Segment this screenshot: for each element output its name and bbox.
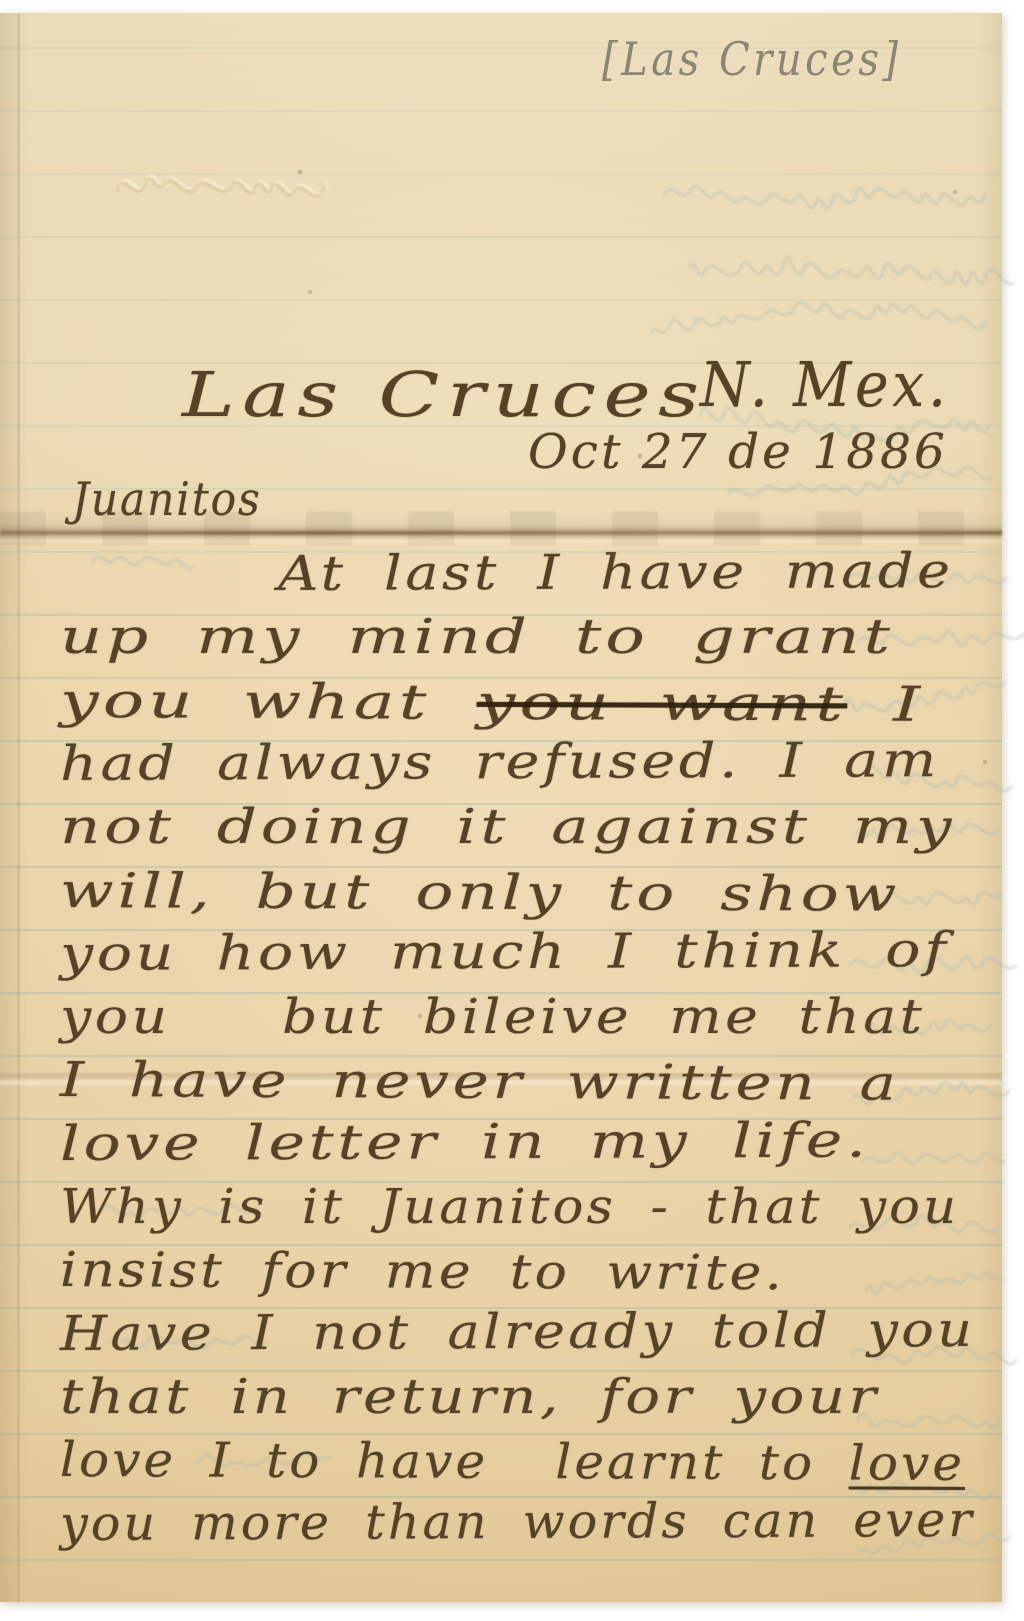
letter-line: At last I have made bbox=[278, 543, 954, 602]
handwritten-text: you more than words can ever bbox=[60, 1492, 975, 1552]
handwriting-layer: [Las Cruces] Las Cruces N. Mex. Oct 27 d… bbox=[0, 0, 1024, 1621]
heading-date: Oct 27 de 1886 bbox=[528, 424, 948, 480]
handwritten-text: had always refused. I am bbox=[60, 732, 940, 792]
letter-line: that in return, for your bbox=[60, 1369, 880, 1425]
letter-line: up my mind to grant bbox=[60, 609, 894, 665]
handwritten-text: up my mind to grant bbox=[60, 609, 894, 665]
handwritten-text: Why is it Juanitos - that you bbox=[60, 1179, 959, 1235]
handwritten-text: will, but only to show bbox=[60, 863, 900, 923]
salutation: Juanitos bbox=[72, 472, 262, 526]
handwritten-text: not doing it against my bbox=[60, 799, 955, 855]
letter-scan: [Las Cruces] Las Cruces N. Mex. Oct 27 d… bbox=[0, 0, 1024, 1621]
underlined-text: love bbox=[849, 1436, 965, 1493]
letter-line: love letter in my life. bbox=[60, 1112, 870, 1172]
handwritten-text: you how much I think of bbox=[60, 922, 950, 982]
letter-line: love I to have learnt to love bbox=[60, 1432, 965, 1492]
letter-line: will, but only to show bbox=[60, 863, 900, 923]
handwritten-text: love I to have learnt to bbox=[60, 1432, 849, 1491]
struck-text: you want bbox=[476, 674, 847, 732]
handwritten-text: At last I have made bbox=[278, 543, 954, 602]
letter-line: you what you want I bbox=[60, 673, 925, 733]
letter-line: had always refused. I am bbox=[60, 732, 940, 792]
letter-line: you more than words can ever bbox=[60, 1492, 975, 1552]
letter-line: you but bileive me that bbox=[60, 989, 925, 1045]
handwritten-text: you what bbox=[60, 673, 477, 731]
letter-line: Why is it Juanitos - that you bbox=[60, 1179, 959, 1235]
heading-place: Las Cruces bbox=[182, 358, 707, 431]
letter-line: Have I not already told you bbox=[60, 1302, 976, 1362]
handwritten-text: I bbox=[847, 676, 925, 732]
handwritten-text: love letter in my life. bbox=[60, 1112, 870, 1172]
archival-pencil-annotation: [Las Cruces] bbox=[602, 32, 902, 86]
letter-line: you how much I think of bbox=[60, 922, 950, 982]
letter-line: not doing it against my bbox=[60, 799, 955, 855]
handwritten-text: you but bileive me that bbox=[60, 989, 925, 1045]
handwritten-text: insist for me to write. bbox=[60, 1242, 785, 1301]
letter-line: I have never written a bbox=[60, 1052, 900, 1112]
heading-territory: N. Mex. bbox=[700, 348, 950, 421]
handwritten-text: that in return, for your bbox=[60, 1369, 880, 1425]
handwritten-text: I have never written a bbox=[60, 1052, 900, 1112]
letter-line: insist for me to write. bbox=[60, 1242, 785, 1301]
handwritten-text: Have I not already told you bbox=[60, 1302, 976, 1362]
